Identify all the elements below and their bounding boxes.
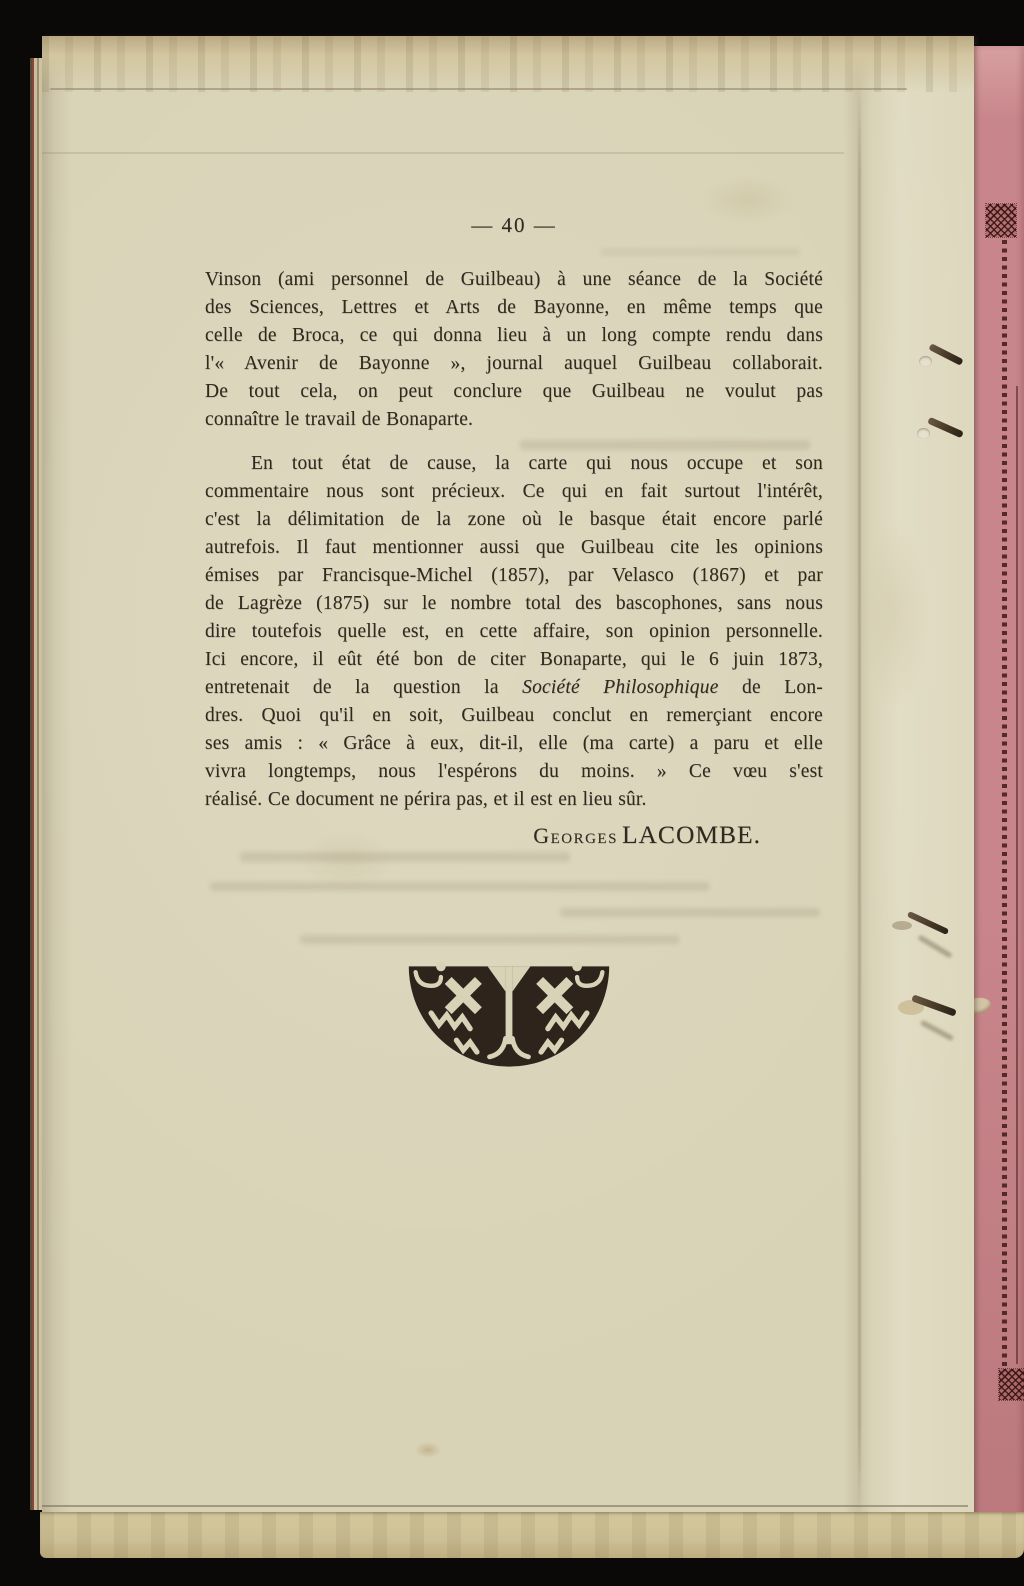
text-line: Vinson (ami personnel de Guilbeau) à une… xyxy=(205,266,823,294)
show-through xyxy=(300,935,680,944)
text-segment: des Sciences, Lettres et Arts de Bayonne… xyxy=(205,297,823,318)
paper-crease xyxy=(42,152,844,154)
binding-fold-crease xyxy=(858,88,861,1512)
text-line: celle de Broca, ce qui donna lieu à un l… xyxy=(205,322,823,350)
stain xyxy=(415,1442,441,1458)
text-line: réalisé. Ce document ne périra pas, et i… xyxy=(205,786,823,814)
author-given-name: Georges xyxy=(533,823,618,848)
text-segment: autrefois. Il faut mentionner aussi que … xyxy=(205,537,823,558)
show-through xyxy=(560,908,820,917)
text-line: En tout état de cause, la carte qui nous… xyxy=(205,450,823,478)
text-segment: celle de Broca, ce qui donna lieu à un l… xyxy=(205,325,823,346)
show-through xyxy=(240,852,570,862)
text-segment: Vinson (ami personnel de Guilbeau) à une… xyxy=(205,269,823,290)
deckle-seam xyxy=(50,88,907,90)
text-segment: réalisé. Ce document ne périra pas, et i… xyxy=(205,789,647,810)
text-line: Ici encore, il eût été bon de citer Bona… xyxy=(205,646,823,674)
text-segment: vivra longtemps, nous l'espérons du moin… xyxy=(205,761,823,782)
book-scan-photo: — 40 — Vinson (ami personnel de Guilbeau… xyxy=(0,0,1024,1586)
deckle-edge-bottom xyxy=(40,1512,1024,1558)
text-line: dire toutefois quelle est, en cette affa… xyxy=(205,618,823,646)
text-line: émises par Francisque-Michel (1857), par… xyxy=(205,562,823,590)
text-segment: émises par Francisque-Michel (1857), par… xyxy=(205,565,823,586)
text-line: connaître le travail de Bonaparte. xyxy=(205,406,823,434)
stitch-hole xyxy=(917,428,930,439)
author-family-name: LACOMBE. xyxy=(622,820,761,849)
show-through xyxy=(210,882,710,891)
text-segment: En tout état de cause, la carte qui nous… xyxy=(251,453,823,474)
text-line: entretenait de la question la Société Ph… xyxy=(205,674,823,702)
printed-text-block: — 40 — Vinson (ami personnel de Guilbeau… xyxy=(205,212,823,852)
deckle-edge-top xyxy=(42,36,974,92)
dotted-border-rule xyxy=(1002,240,1007,1368)
text-line: commentaire nous sont précieux. Ce qui e… xyxy=(205,478,823,506)
border-corner-ornament-bottom xyxy=(999,1369,1024,1400)
italic-text-segment: Société Philosophique xyxy=(522,677,718,698)
text-segment: ses amis : « Grâce à eux, dit-il, elle (… xyxy=(205,733,823,754)
stitch-hole xyxy=(919,356,932,367)
text-segment: De tout cela, on peut conclure que Guilb… xyxy=(205,381,823,402)
paragraph: Vinson (ami personnel de Guilbeau) à une… xyxy=(205,266,823,434)
paragraph: En tout état de cause, la carte qui nous… xyxy=(205,450,823,814)
text-line: autrefois. Il faut mentionner aussi que … xyxy=(205,534,823,562)
text-line: vivra longtemps, nous l'espérons du moin… xyxy=(205,758,823,786)
text-segment: commentaire nous sont précieux. Ce qui e… xyxy=(205,481,823,502)
text-segment: c'est la délimitation de la zone où le b… xyxy=(205,509,823,530)
text-segment: l'« Avenir de Bayonne », journal auquel … xyxy=(205,353,823,374)
text-line: des Sciences, Lettres et Arts de Bayonne… xyxy=(205,294,823,322)
stain xyxy=(860,520,930,710)
text-segment: de Lagrèze (1875) sur le nombre total de… xyxy=(205,593,823,614)
border-corner-ornament-top xyxy=(986,204,1016,237)
thin-border-rule xyxy=(1016,386,1018,1364)
text-segment: Ici encore, il eût été bon de citer Bona… xyxy=(205,649,823,670)
text-line: ses amis : « Grâce à eux, dit-il, elle (… xyxy=(205,730,823,758)
author-signature: Georges LACOMBE. xyxy=(205,818,823,852)
text-line: de Lagrèze (1875) sur le nombre total de… xyxy=(205,590,823,618)
tailpiece-ornament xyxy=(402,962,616,1070)
text-segment: dire toutefois quelle est, en cette affa… xyxy=(205,621,823,642)
text-line: De tout cela, on peut conclure que Guilb… xyxy=(205,378,823,406)
text-line: dres. Quoi qu'il en soit, Guilbeau concl… xyxy=(205,702,823,730)
page-bottom-edge xyxy=(42,1505,968,1507)
stitch-hole xyxy=(892,921,912,930)
text-line: l'« Avenir de Bayonne », journal auquel … xyxy=(205,350,823,378)
text-segment: connaître le travail de Bonaparte. xyxy=(205,409,473,430)
text-segment: de Lon- xyxy=(719,677,823,698)
text-line: c'est la délimitation de la zone où le b… xyxy=(205,506,823,534)
body-paragraphs: Vinson (ami personnel de Guilbeau) à une… xyxy=(205,266,823,814)
text-segment: entretenait de la question la xyxy=(205,677,522,698)
page-number: — 40 — xyxy=(205,212,823,238)
text-segment: dres. Quoi qu'il en soit, Guilbeau concl… xyxy=(205,705,823,726)
